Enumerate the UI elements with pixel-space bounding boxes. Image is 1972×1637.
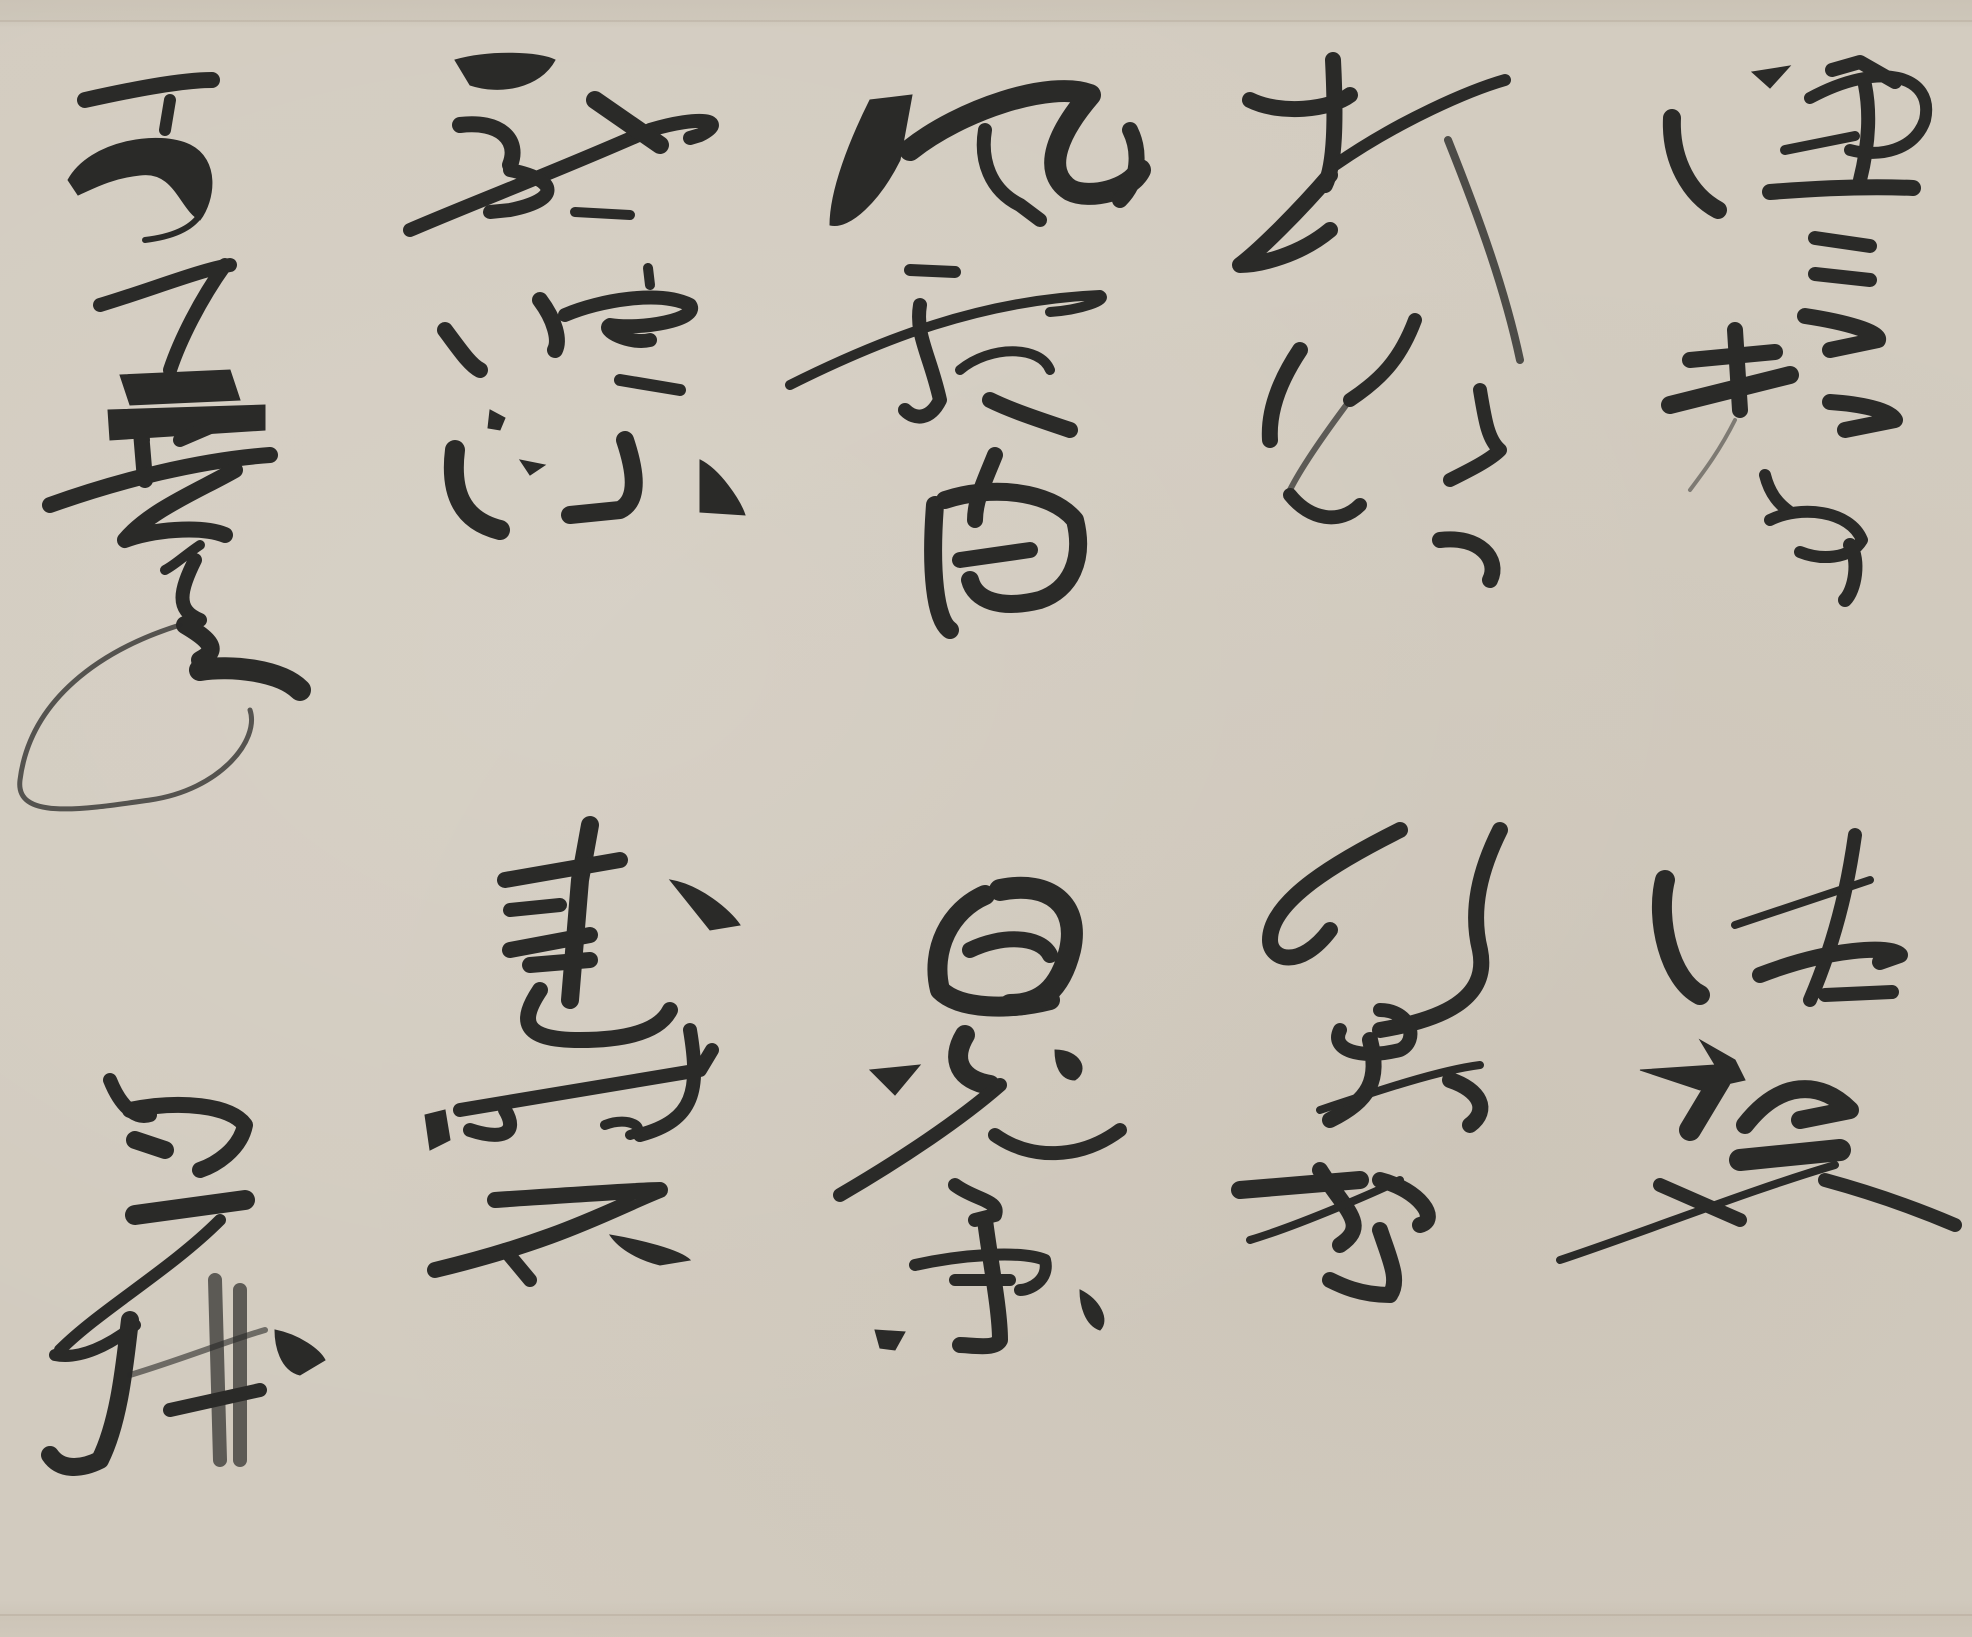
ink-strokes xyxy=(0,0,1972,1637)
calligraphy-scroll: 望三未去法契 和以行寄在寄 風露白日光景 兹浪小差時不 子尋可多無我 xyxy=(0,0,1972,1637)
column-4 xyxy=(410,53,745,1280)
column-3 xyxy=(790,91,1140,1350)
column-1 xyxy=(1560,62,1955,1260)
column-2 xyxy=(1240,60,1520,1295)
column-5 xyxy=(20,80,325,1467)
